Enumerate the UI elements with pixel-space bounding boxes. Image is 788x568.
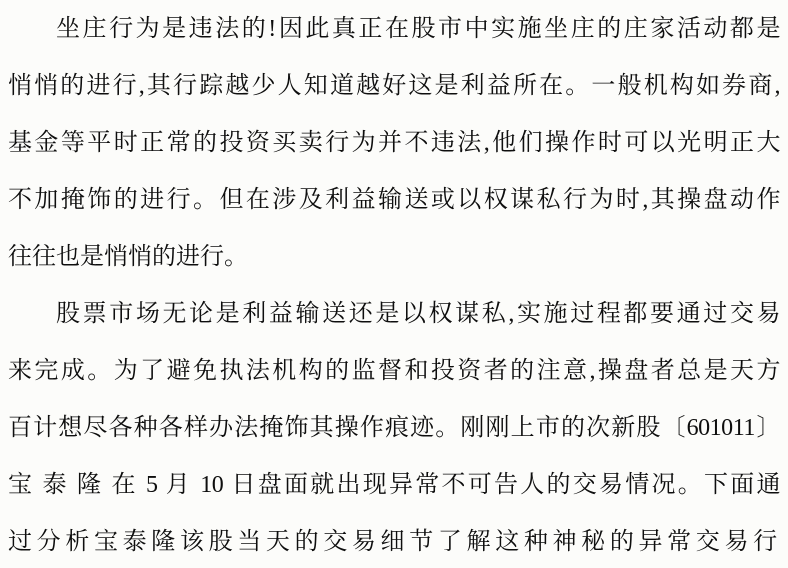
text-line: 来完成。为了避免执法机构的监督和投资者的注意,操盘者总是天方 xyxy=(8,343,780,400)
text-line: 基金等平时正常的投资买卖行为并不违法,他们操作时可以光明正大 xyxy=(8,115,780,172)
paragraph-1: 坐庄行为是违法的!因此真正在股市中实施坐庄的庄家活动都是 悄悄的进行,其行踪越少… xyxy=(8,1,780,286)
scanned-book-page: 坐庄行为是违法的!因此真正在股市中实施坐庄的庄家活动都是 悄悄的进行,其行踪越少… xyxy=(0,0,788,568)
text-line: 悄悄的进行,其行踪越少人知道越好这是利益所在。一般机构如券商, xyxy=(8,58,780,115)
text-line: 百计想尽各种各样办法掩饰其操作痕迹。刚刚上市的次新股〔601011〕 xyxy=(8,400,780,457)
text-line: 股票市场无论是利益输送还是以权谋私,实施过程都要通过交易 xyxy=(8,286,780,343)
text-line: 不加掩饰的进行。但在涉及利益输送或以权谋私行为时,其操盘动作 xyxy=(8,172,780,229)
text-line: 宝 泰 隆 在 5 月 10 日盘面就出现异常不可告人的交易情况。下面通 xyxy=(8,457,780,514)
text-line: 坐庄行为是违法的!因此真正在股市中实施坐庄的庄家活动都是 xyxy=(8,1,780,58)
text-line: 过分析宝泰隆该股当天的交易细节了解这种神秘的异常交易行为。 xyxy=(8,514,780,568)
text-line: 往往也是悄悄的进行。 xyxy=(8,229,780,286)
paragraph-2: 股票市场无论是利益输送还是以权谋私,实施过程都要通过交易 来完成。为了避免执法机… xyxy=(8,286,780,568)
